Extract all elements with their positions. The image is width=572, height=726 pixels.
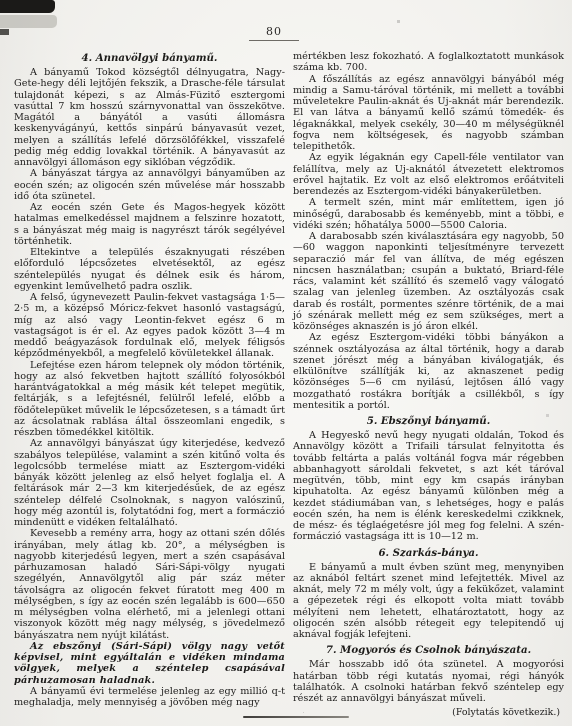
section-7-heading: 7. Mogyorós és Csolnok bányászata. bbox=[293, 644, 564, 656]
paragraph: Az egész Esztergom-vidéki többi bányákon… bbox=[293, 332, 564, 411]
scan-artifact-dark bbox=[0, 0, 55, 13]
bottom-separator-rule bbox=[243, 716, 349, 718]
paragraph: A bányamű Tokod községtől délnyugatra, N… bbox=[14, 67, 285, 168]
paragraph: Lefejtése ezen három telepnek oly módon … bbox=[14, 360, 285, 439]
paragraph: Eltekintve a település északnyugati rész… bbox=[14, 247, 285, 292]
emphasis-paragraph: Az ebszőnyi (Sári-Sápi) völgy nagy vetőt… bbox=[14, 641, 285, 686]
paragraph: A termelt szén, mint már említettem, ige… bbox=[293, 197, 564, 231]
paragraph: A főszállítás az egész annavölgyi bányáb… bbox=[293, 74, 564, 153]
continuation-paragraph: mértékben lesz fokozható. A foglalkoztat… bbox=[293, 51, 564, 74]
paragraph: Már hosszabb idő óta szünetel. A mogyoró… bbox=[293, 659, 564, 704]
paragraph-continues-next-column: A bányamű évi termelése jelenleg az egy … bbox=[14, 686, 285, 709]
paragraph: Az eocén szén Gete és Magos-hegyek közöt… bbox=[14, 202, 285, 247]
scan-noise-specks bbox=[0, 0, 1, 1]
section-5-heading: 5. Ebszőnyi bányamű. bbox=[293, 415, 564, 427]
paragraph: A felső, úgynevezett Paulin-fekvet vasta… bbox=[14, 292, 285, 360]
paragraph: Az egyik légaknán egy Capell-féle ventil… bbox=[293, 152, 564, 197]
paragraph: Kevesebb a remény arra, hogy az ottani s… bbox=[14, 528, 285, 641]
page-number: 80 bbox=[249, 25, 299, 41]
paragraph: E bányamű a mult évben szünt meg, menyny… bbox=[293, 562, 564, 641]
section-6-heading: 6. Szarkás-bánya. bbox=[293, 547, 564, 559]
paragraph: A darabosabb szén kiválasztására egy nag… bbox=[293, 231, 564, 332]
section-4-heading: 4. Annavölgyi bányamű. bbox=[14, 52, 285, 64]
paragraph: A bányászat tárgya az annavölgyi bányamű… bbox=[14, 168, 285, 202]
two-column-text-body: 4. Annavölgyi bányamű. A bányamű Tokod k… bbox=[14, 51, 564, 719]
page-header: 80 bbox=[0, 20, 548, 41]
scanned-document-page: 80 4. Annavölgyi bányamű. A bányamű Toko… bbox=[0, 0, 572, 726]
right-column: mértékben lesz fokozható. A foglalkoztat… bbox=[293, 51, 564, 719]
left-column: 4. Annavölgyi bányamű. A bányamű Tokod k… bbox=[14, 51, 285, 719]
paragraph: A Hegyeskő nevű hegy nyugati oldalán, To… bbox=[293, 430, 564, 543]
paragraph: Az annavölgyi bányászat úgy kiterjedése,… bbox=[14, 438, 285, 528]
